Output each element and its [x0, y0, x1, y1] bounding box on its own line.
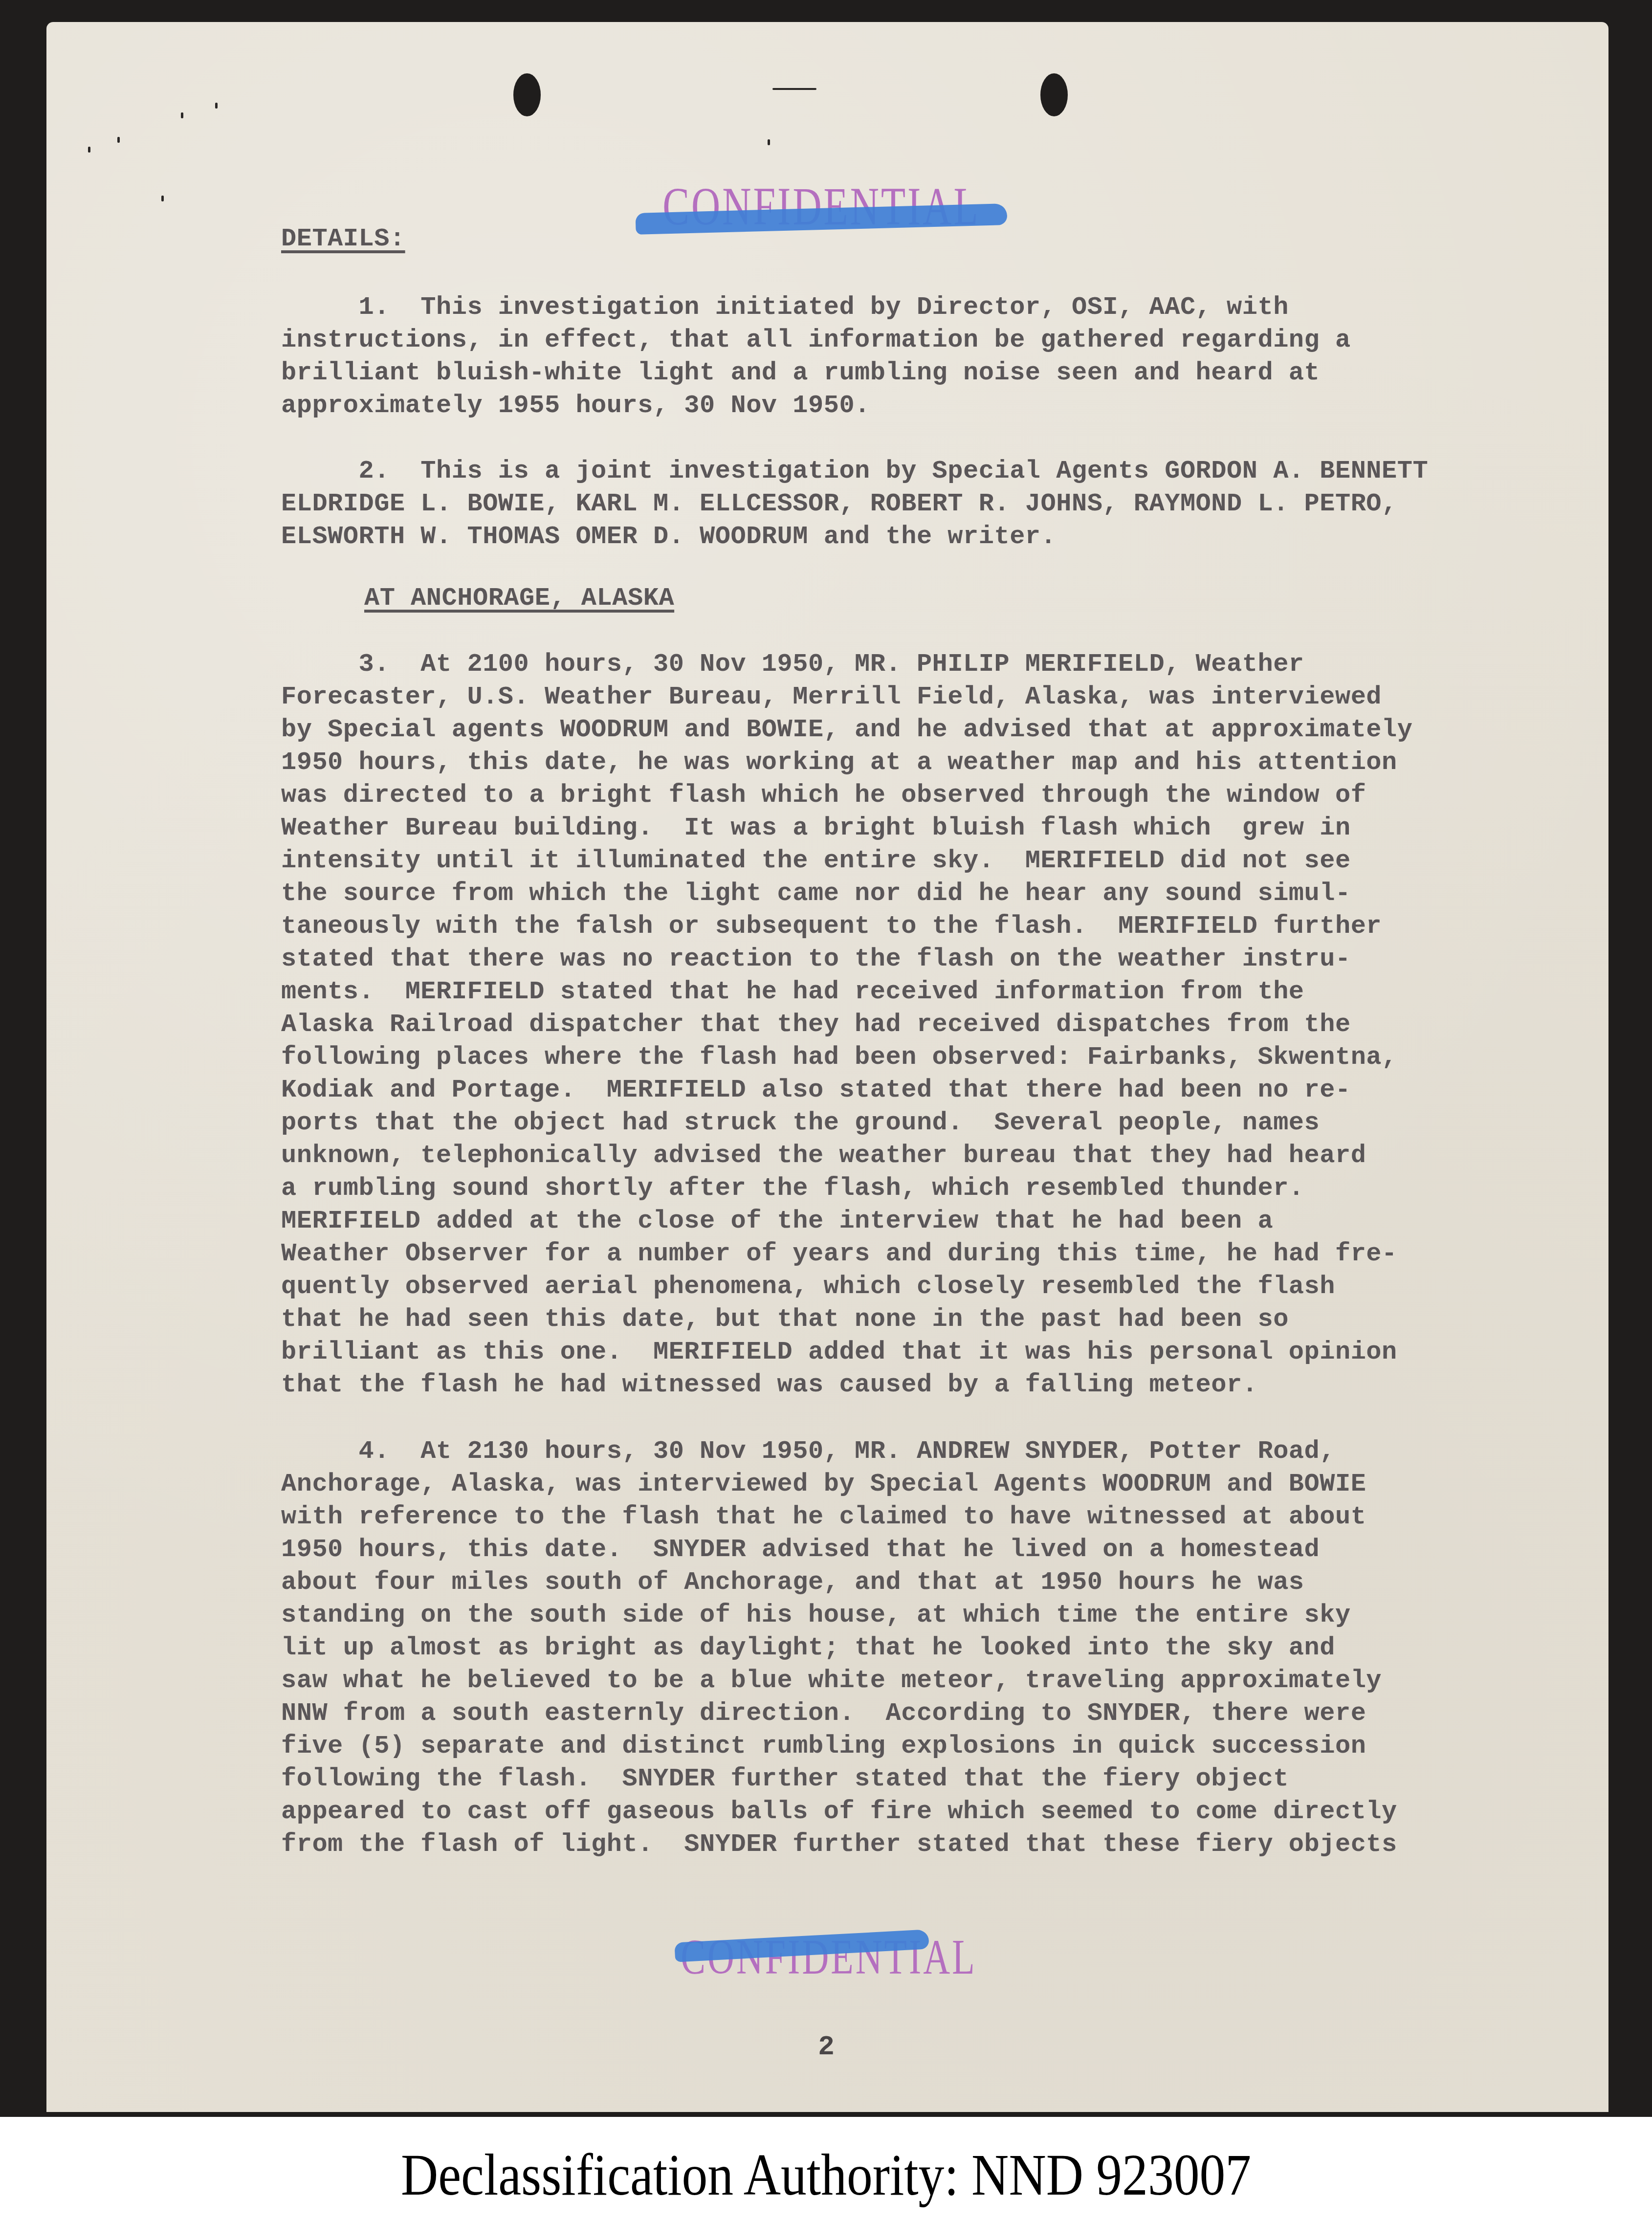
text-line: 1950 hours, this date, he was working at…: [281, 746, 1479, 779]
text-line: Alaska Railroad dispatcher that they had…: [281, 1008, 1479, 1041]
text-line: about four miles south of Anchorage, and…: [281, 1566, 1479, 1599]
text-line: stated that there was no reaction to the…: [281, 943, 1479, 975]
paper-speck: [161, 196, 164, 201]
punch-hole-left: [513, 73, 541, 116]
text-line: instructions, in effect, that all inform…: [281, 324, 1479, 356]
punch-hole-right: [1040, 73, 1068, 116]
text-line: five (5) separate and distinct rumbling …: [281, 1730, 1479, 1762]
text-line: 4. At 2130 hours, 30 Nov 1950, MR. ANDRE…: [281, 1435, 1479, 1468]
text-line: Weather Bureau building. It was a bright…: [281, 812, 1479, 844]
text-line: Anchorage, Alaska, was interviewed by Sp…: [281, 1468, 1479, 1500]
page-number: 2: [812, 2031, 841, 2063]
paper-speck: [88, 147, 90, 153]
text-line: 3. At 2100 hours, 30 Nov 1950, MR. PHILI…: [281, 648, 1479, 681]
text-line: brilliant as this one. MERIFIELD added t…: [281, 1336, 1479, 1368]
text-line: by Special agents WOODRUM and BOWIE, and…: [281, 713, 1479, 746]
text-line: with reference to the flash that he clai…: [281, 1500, 1479, 1533]
text-line: ports that the object had struck the gro…: [281, 1106, 1479, 1139]
text-line: saw what he believed to be a blue white …: [281, 1664, 1479, 1697]
text-line: Forecaster, U.S. Weather Bureau, Merrill…: [281, 681, 1479, 713]
text-line: the source from which the light came nor…: [281, 877, 1479, 910]
paper-speck: [772, 88, 816, 90]
text-line: Kodiak and Portage. MERIFIELD also state…: [281, 1074, 1479, 1106]
text-line: intensity until it illuminated the entir…: [281, 844, 1479, 877]
text-line: appeared to cast off gaseous balls of fi…: [281, 1795, 1479, 1828]
text-line: unknown, telephonically advised the weat…: [281, 1139, 1479, 1172]
text-line: from the flash of light. SNYDER further …: [281, 1828, 1479, 1861]
text-line: 1. This investigation initiated by Direc…: [281, 291, 1479, 324]
text-line: standing on the south side of his house,…: [281, 1599, 1479, 1631]
declassification-caption: Declassification Authority: NND 923007: [99, 2141, 1553, 2209]
text-line: a rumbling sound shortly after the flash…: [281, 1172, 1479, 1205]
text-line: Weather Observer for a number of years a…: [281, 1237, 1479, 1270]
text-line: was directed to a bright flash which he …: [281, 779, 1479, 812]
section-title: DETAILS:: [281, 222, 1479, 255]
paper-speck: [215, 103, 218, 109]
text-line: ELDRIDGE L. BOWIE, KARL M. ELLCESSOR, RO…: [281, 487, 1479, 520]
text-line: that the flash he had witnessed was caus…: [281, 1368, 1479, 1401]
text-line: 2. This is a joint investigation by Spec…: [281, 455, 1479, 487]
text-line: 1950 hours, this date. SNYDER advised th…: [281, 1533, 1479, 1566]
confidential-stamp-bottom: CONFIDENTIAL: [670, 1926, 988, 1985]
text-line: ments. MERIFIELD stated that he had rece…: [281, 975, 1479, 1008]
text-line: approximately 1955 hours, 30 Nov 1950.: [281, 389, 1479, 422]
text-line: brilliant bluish-white light and a rumbl…: [281, 356, 1479, 389]
text-line: quently observed aerial phenomena, which…: [281, 1270, 1479, 1303]
text-line: following the flash. SNYDER further stat…: [281, 1762, 1479, 1795]
text-line: NNW from a south easternly direction. Ac…: [281, 1697, 1479, 1730]
text-line: lit up almost as bright as daylight; tha…: [281, 1631, 1479, 1664]
text-line: following places where the flash had bee…: [281, 1041, 1479, 1074]
text-line: ELSWORTH W. THOMAS OMER D. WOODRUM and t…: [281, 520, 1479, 553]
paper-speck: [768, 139, 770, 145]
location-heading: AT ANCHORAGE, ALASKA: [364, 582, 1562, 615]
paper-speck: [181, 112, 183, 118]
paper-speck: [117, 137, 120, 143]
text-line: taneously with the falsh or subsequent t…: [281, 910, 1479, 943]
text-line: that he had seen this date, but that non…: [281, 1303, 1479, 1336]
text-line: MERIFIELD added at the close of the inte…: [281, 1205, 1479, 1237]
